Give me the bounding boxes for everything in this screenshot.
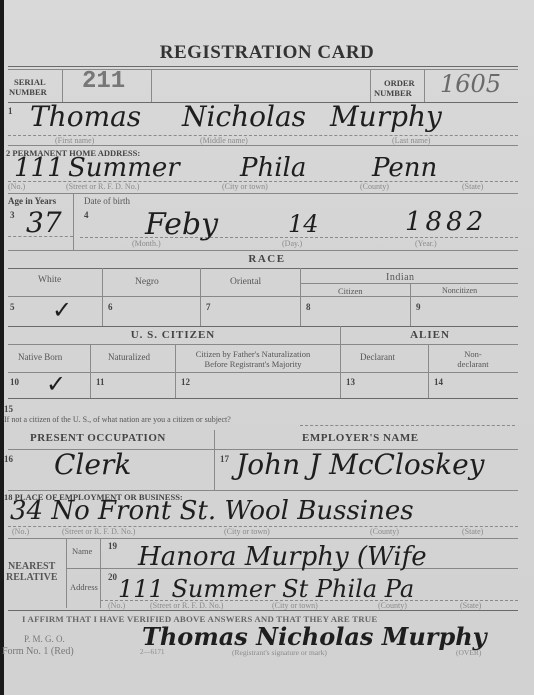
caption: (State) [462,527,483,536]
order-label-2: NUMBER [374,88,412,98]
dob-year: 1882 [405,207,487,237]
race-white-label: White [38,275,61,285]
divider [8,326,518,327]
relative-address-value: 111 Summer St Phila Pa [118,575,414,603]
divider [8,236,73,237]
divider [151,70,152,102]
occupation-value: Clerk [54,448,131,481]
divider [8,250,518,251]
divider [62,70,63,102]
caption: (County) [360,182,389,191]
field-number: 16 [4,454,13,464]
employer-value: John J McCloskey [236,448,485,481]
field-number: 9 [416,302,421,312]
divider [200,268,201,326]
home-county: Penn [372,153,437,183]
declarant-label: Declarant [360,352,395,362]
divider [8,610,518,611]
field-number: 20 [108,572,117,582]
caption: (Year.) [415,239,437,248]
signature-caption: (Registrant's signature or mark) [232,648,327,657]
divider [8,268,518,269]
divider [300,425,515,426]
serial-number: 211 [82,68,125,95]
card-title: REGISTRATION CARD [0,42,534,64]
relative-name-label: Name [72,546,92,556]
alien-title: ALIEN [342,329,518,341]
first-name: Thomas [30,100,141,133]
field-number: 4 [84,210,89,220]
caption: (No.) [12,527,29,536]
field-number: 15 [4,404,13,414]
home-city: Phila [240,153,306,183]
divider [8,490,518,491]
race-title: RACE [0,253,534,265]
order-label: ORDER [384,78,415,88]
age-value: 37 [26,206,62,239]
caption: (Month.) [132,239,161,248]
employer-label: EMPLOYER'S NAME [302,432,419,444]
field-number: 12 [181,377,190,387]
race-negro-label: Negro [135,277,159,287]
relative-address-label: Address [70,582,98,592]
divider [8,296,518,297]
field-number: 14 [434,377,443,387]
race-indian-label: Indian [386,272,415,283]
naturalized-label: Naturalized [108,352,150,362]
native-born-checkmark: ✓ [46,370,66,398]
divider [410,284,411,326]
field-number: 7 [206,302,211,312]
order-number: 1605 [440,70,501,98]
divider [102,268,103,326]
dob-day: 14 [288,210,319,238]
field-number: 10 [10,377,19,387]
divider [80,237,518,238]
caption: (State) [460,601,481,610]
caption: (Day.) [282,239,302,248]
divider [428,345,429,398]
field-number: 3 [10,210,15,220]
scan-edge [0,0,4,695]
divider [73,194,74,250]
divider [66,538,67,608]
divider [8,538,518,539]
caption: (City or town) [224,527,270,536]
age-label: Age in Years [8,196,56,206]
label-line: Before Registrant's Majority [205,359,302,369]
divider [300,268,301,326]
registrant-signature: Thomas Nicholas Murphy [142,622,487,651]
home-no: 111 [14,153,64,183]
divider [8,145,518,146]
middle-name: Nicholas [182,100,306,133]
race-oriental-label: Oriental [230,277,261,287]
caption: (State) [462,182,483,191]
last-name: Murphy [330,100,442,133]
divider [340,326,341,398]
home-street: Summer [68,153,180,183]
relative-name-value: Hanora Murphy (Wife [138,542,427,572]
divider [8,398,518,399]
caption: (Street or R. F. D. No.) [62,527,135,536]
registration-card: REGISTRATION CARD SERIAL NUMBER 211 ORDE… [0,0,534,695]
divider [214,430,215,490]
divider [370,70,371,102]
divider [424,70,425,102]
divider [300,283,518,284]
divider [8,193,518,194]
label-line: Citizen by Father's Naturalization [196,349,311,359]
field-number: 5 [10,302,15,312]
occupation-label: PRESENT OCCUPATION [30,432,166,444]
caption: (County) [378,601,407,610]
race-indian-noncitizen-label: Noncitizen [442,286,477,295]
nationality-question: If not a citizen of the U. S., of what n… [4,415,231,424]
dob-label: Date of birth [84,196,130,206]
field-number: 19 [108,541,117,551]
us-citizen-title: U. S. CITIZEN [8,329,338,341]
divider [8,66,518,67]
caption: (City or town) [272,601,318,610]
serial-label: SERIAL [14,77,46,87]
place-of-employment-value: 34 No Front St. Wool Bussines [10,496,414,526]
field-number: 13 [346,377,355,387]
label-line: declarant [457,359,488,369]
nearest-relative-label-2: RELATIVE [6,572,58,583]
pmgo-label: P. M. G. O. [24,634,65,644]
caption: (First name) [55,136,94,145]
caption: (Street or R. F. D. No.) [150,601,223,610]
caption: (Last name) [392,136,430,145]
divider [175,345,176,398]
divider [90,345,91,398]
native-born-label: Native Born [18,352,62,362]
field-number: 1 [8,106,13,116]
divider [8,344,518,345]
caption: (City or town) [222,182,268,191]
divider [100,538,101,608]
label-line: Non- [464,349,481,359]
caption: (No.) [8,182,25,191]
serial-label-2: NUMBER [9,87,47,97]
nondeclarant-label: Non-declarant [428,349,518,369]
field-number: 11 [96,377,105,387]
form-number-label: Form No. 1 (Red) [2,646,74,657]
caption: (Middle name) [200,136,248,145]
divider [8,372,518,373]
caption: (County) [370,527,399,536]
field-number: 8 [306,302,311,312]
father-naturalization-label: Citizen by Father's NaturalizationBefore… [178,349,328,369]
caption: (Street or R. F. D. No.) [66,182,139,191]
field-number: 6 [108,302,113,312]
nearest-relative-label: NEAREST [8,561,55,572]
over-label: (OVER) [456,648,481,657]
race-indian-citizen-label: Citizen [338,286,363,296]
field-number: 17 [220,454,229,464]
caption: (No.) [108,601,125,610]
race-white-checkmark: ✓ [52,296,72,324]
